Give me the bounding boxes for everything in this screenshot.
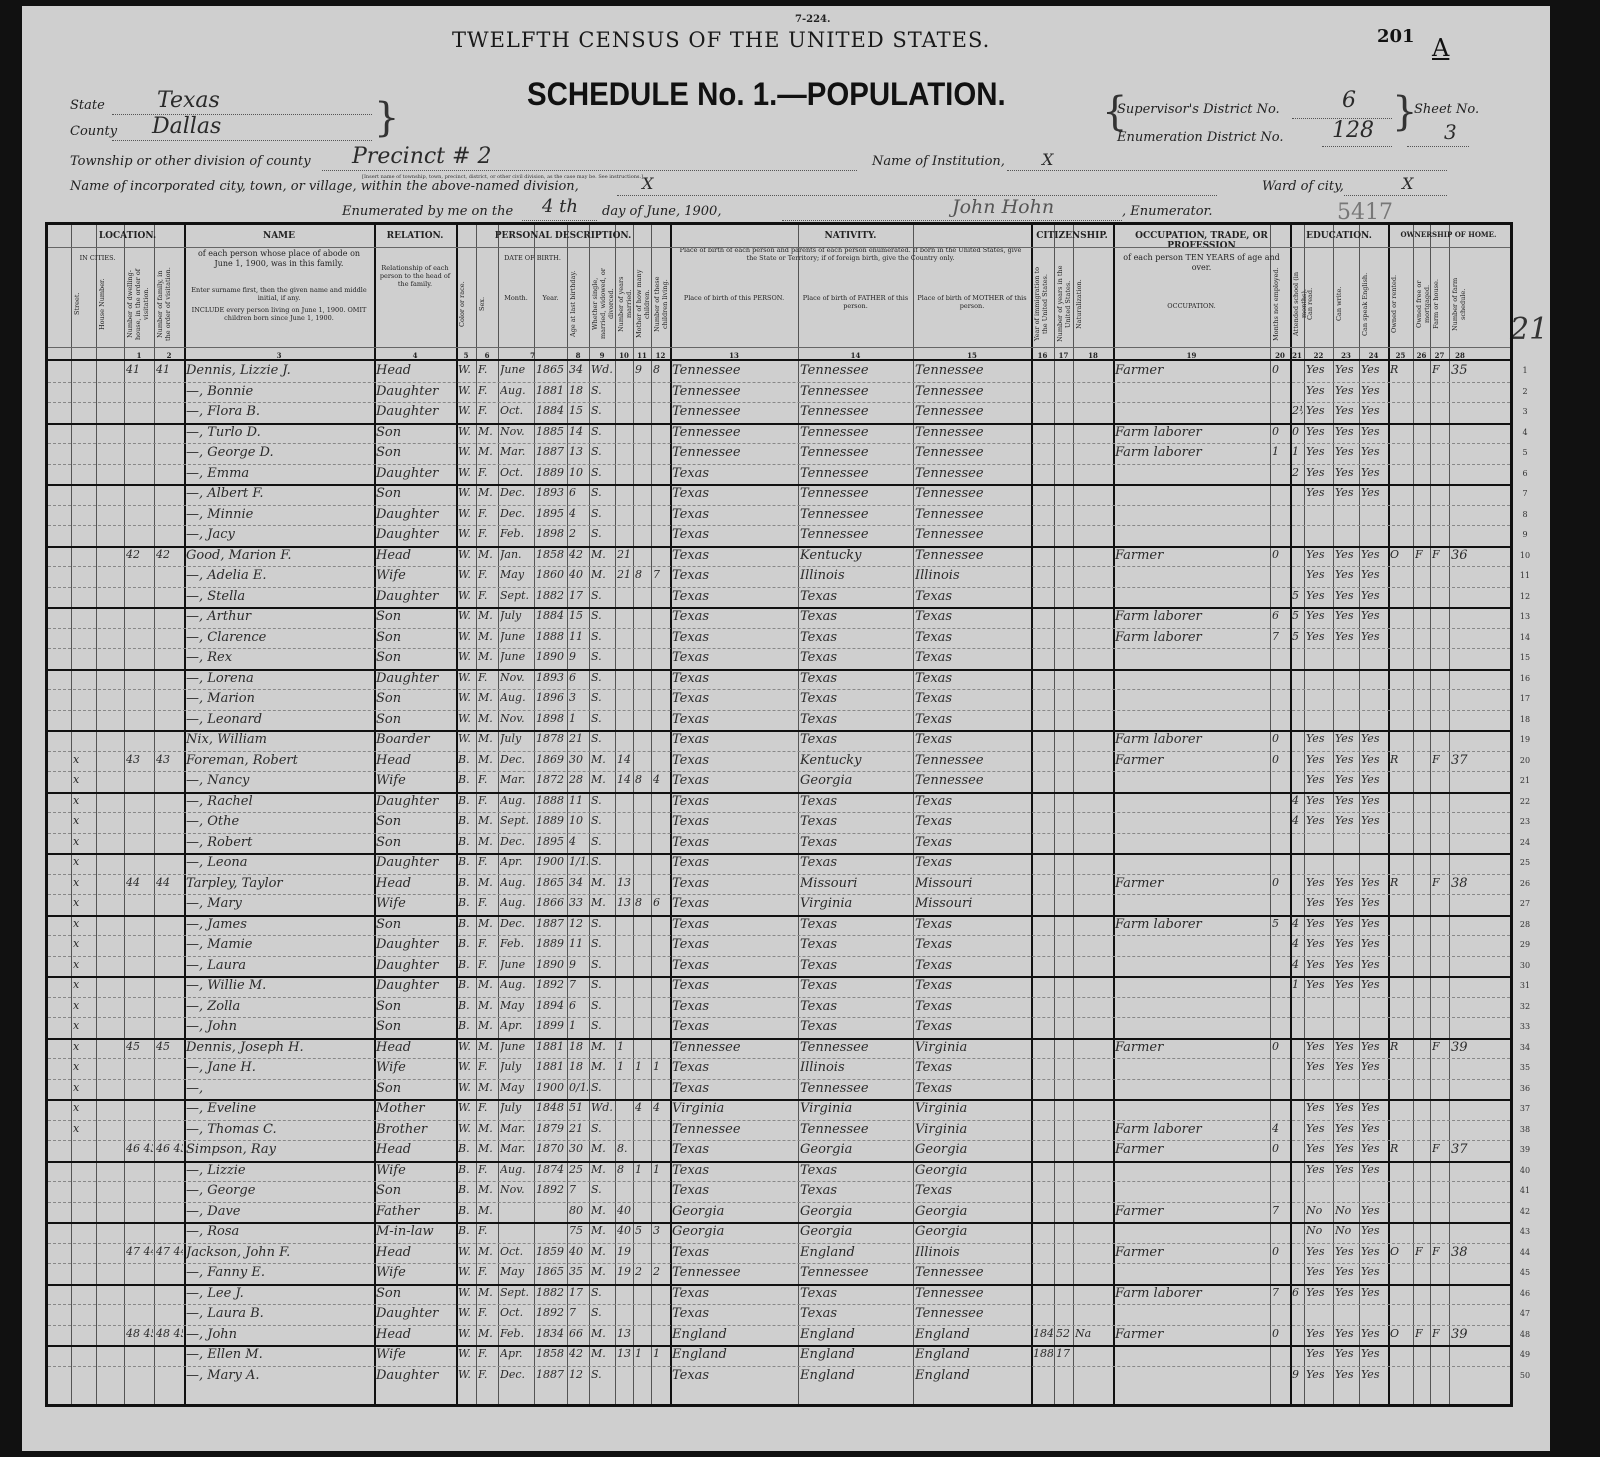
- cell-year: 1893: [536, 486, 566, 499]
- cell-bp: Texas: [672, 896, 797, 911]
- table-row: x—, OtheSonB.M.Sept.188910S.TexasTexasTe…: [48, 812, 1510, 833]
- row-number: 8: [1518, 510, 1532, 519]
- cell-mar: S.: [591, 978, 614, 991]
- cell-bf: Tennessee: [800, 1265, 912, 1280]
- cell-age: 30: [569, 1142, 588, 1155]
- column-number: 21: [1290, 351, 1304, 360]
- cell-mar: S.: [591, 630, 614, 643]
- row-number: 3: [1518, 407, 1532, 416]
- cell-bp: Tennessee: [672, 1122, 797, 1137]
- column-number: 13: [670, 351, 798, 360]
- cell-read: Yes: [1306, 1163, 1332, 1176]
- cell-age: 17: [569, 1286, 588, 1299]
- cell-mar: Wd.: [591, 363, 614, 376]
- cell-eng: Yes: [1361, 1142, 1387, 1155]
- cell-eng: Yes: [1361, 425, 1387, 438]
- table-row: Nix, WilliamBoarderW.M.July187821S.Texas…: [48, 730, 1510, 751]
- cell-name: Jackson, John F.: [186, 1245, 373, 1260]
- cell-name: —, Mamie: [186, 937, 373, 952]
- cell-bf: Kentucky: [800, 548, 912, 563]
- cell-unemp: 7: [1272, 1286, 1289, 1299]
- cell-color: W.: [458, 691, 475, 704]
- cell-unemp: 0: [1272, 1142, 1289, 1155]
- cell-age: 42: [569, 548, 588, 561]
- row-number: 31: [1518, 981, 1532, 990]
- cell-bp: Virginia: [672, 1101, 797, 1116]
- cell-sch: 2: [1292, 466, 1303, 479]
- table-row: x—, NancyWifeB.F.Mar.187228M.1484TexasGe…: [48, 771, 1510, 792]
- cell-x: x: [73, 1122, 95, 1135]
- cell-write: Yes: [1335, 1101, 1358, 1114]
- cell-mar: M.: [591, 1163, 614, 1176]
- cell-rel: Son: [376, 917, 455, 932]
- cell-bp: Georgia: [672, 1204, 797, 1219]
- cell-year: 1882: [536, 589, 566, 602]
- cell-bp: Texas: [672, 794, 797, 809]
- cell-color: W.: [458, 363, 475, 376]
- cell-bf: Tennessee: [800, 466, 912, 481]
- cell-ym: 21: [617, 548, 632, 561]
- cell-unemp: 0: [1272, 732, 1289, 745]
- column-number: 4: [374, 351, 456, 360]
- supervisor-value: 6: [1342, 88, 1356, 113]
- cell-age: 15: [569, 609, 588, 622]
- cell-age: 11: [569, 630, 588, 643]
- vheader-street: Street.: [73, 265, 94, 343]
- row-number: 16: [1518, 674, 1532, 683]
- cell-read: Yes: [1306, 466, 1332, 479]
- cell-mar: S.: [591, 384, 614, 397]
- cell-age: 75: [569, 1224, 588, 1237]
- cell-color: W.: [458, 609, 475, 622]
- cell-bm: Virginia: [915, 1101, 1030, 1116]
- cell-name: —, Minnie: [186, 507, 373, 522]
- cell-month: Aug.: [500, 978, 533, 991]
- cell-occ: Farmer: [1115, 1204, 1269, 1219]
- column-number: 1: [124, 351, 154, 360]
- cell-bm: Illinois: [915, 1245, 1030, 1260]
- cell-month: July: [500, 1060, 533, 1073]
- cell-mar: S.: [591, 712, 614, 725]
- cell-eng: Yes: [1361, 753, 1387, 766]
- cell-moc: 1: [635, 1347, 650, 1360]
- column-number: 6: [476, 351, 498, 360]
- cell-sex: M.: [478, 1142, 497, 1155]
- cell-eng: Yes: [1361, 1245, 1387, 1258]
- cell-write: Yes: [1335, 1245, 1358, 1258]
- cell-bm: Texas: [915, 1183, 1030, 1198]
- cell-month: Feb.: [500, 1327, 533, 1340]
- row-number: 13: [1518, 612, 1532, 621]
- cell-bm: Virginia: [915, 1122, 1030, 1137]
- cell-bp: England: [672, 1327, 797, 1342]
- enum-day: 4 th: [542, 196, 578, 217]
- cell-year: 1885: [536, 425, 566, 438]
- cell-x: x: [73, 753, 95, 766]
- cell-write: Yes: [1335, 404, 1358, 417]
- cell-age: 15: [569, 404, 588, 417]
- cell-occ: Farmer: [1115, 548, 1269, 563]
- cell-bp: Texas: [672, 1306, 797, 1321]
- cell-year: 1892: [536, 978, 566, 991]
- cell-bf: Missouri: [800, 876, 912, 891]
- header-ownership: OWNERSHIP OF HOME.: [1388, 231, 1509, 239]
- cell-sex: F.: [478, 1101, 497, 1114]
- cell-bm: Tennessee: [915, 384, 1030, 399]
- cell-bf: Texas: [800, 855, 912, 870]
- vheader-house: House Number.: [98, 265, 122, 343]
- cell-eng: Yes: [1361, 794, 1387, 807]
- cell-sex: M.: [478, 691, 497, 704]
- row-number: 7: [1518, 489, 1532, 498]
- ward-line: [1344, 195, 1447, 196]
- cell-bp: Texas: [672, 773, 797, 788]
- cell-sex: F.: [478, 1224, 497, 1237]
- cell-bf: Tennessee: [800, 527, 912, 542]
- cell-year: 1898: [536, 712, 566, 725]
- cell-age: 6: [569, 486, 588, 499]
- cell-rel: Daughter: [376, 1368, 455, 1383]
- cell-read: Yes: [1306, 1060, 1332, 1073]
- cell-name: —, Turlo D.: [186, 425, 373, 440]
- cell-month: June: [500, 1040, 533, 1053]
- cell-mar: Wd.: [591, 1101, 614, 1114]
- cell-sex: F.: [478, 855, 497, 868]
- cell-color: B.: [458, 835, 475, 848]
- cell-color: W.: [458, 1081, 475, 1094]
- cell-name: —, Robert: [186, 835, 373, 850]
- cell-month: July: [500, 1101, 533, 1114]
- cell-eng: Yes: [1361, 1327, 1387, 1340]
- cell-own: O: [1390, 548, 1412, 561]
- cell-year: 1889: [536, 466, 566, 479]
- header-year: Year.: [534, 295, 567, 303]
- table-row: x—, MaryWifeB.F.Aug.186633M.1386TexasVir…: [48, 894, 1510, 915]
- cell-month: June: [500, 650, 533, 663]
- cell-x: x: [73, 1040, 95, 1053]
- table-row: x—, RachelDaughterB.F.Aug.188811S.TexasT…: [48, 792, 1510, 813]
- cell-year: 1890: [536, 958, 566, 971]
- cell-read: Yes: [1306, 753, 1332, 766]
- cell-mar: M.: [591, 1327, 614, 1340]
- cell-rel: Son: [376, 1019, 455, 1034]
- table-row: —, EmmaDaughterW.F.Oct.188910S.TexasTenn…: [48, 464, 1510, 485]
- side-number: 21: [1510, 312, 1548, 347]
- cell-rel: Daughter: [376, 937, 455, 952]
- cell-name: —, Mary A.: [186, 1368, 373, 1383]
- cell-color: B.: [458, 1163, 475, 1176]
- cell-color: W.: [458, 466, 475, 479]
- table-row: —, Lee J.SonW.M.Sept.188217S.TexasTexasT…: [48, 1284, 1510, 1305]
- cell-name: Foreman, Robert: [186, 753, 373, 768]
- institution-label: Name of Institution,: [872, 154, 1005, 169]
- cell-age: 17: [569, 589, 588, 602]
- cell-bm: Illinois: [915, 568, 1030, 583]
- cell-read: Yes: [1306, 978, 1332, 991]
- cell-mar: S.: [591, 507, 614, 520]
- cell-fs: 37: [1451, 1142, 1478, 1157]
- cell-sex: M.: [478, 650, 497, 663]
- cell-year: 1884: [536, 404, 566, 417]
- cell-mar: S.: [591, 486, 614, 499]
- cell-dw: 44: [126, 876, 153, 889]
- cell-mar: S.: [591, 650, 614, 663]
- row-number: 18: [1518, 715, 1532, 724]
- cell-color: W.: [458, 507, 475, 520]
- cell-color: B.: [458, 1183, 475, 1196]
- cell-read: Yes: [1306, 1122, 1332, 1135]
- column-number: 22: [1304, 351, 1333, 360]
- cell-bf: Texas: [800, 937, 912, 952]
- cell-own: R: [1390, 1040, 1412, 1053]
- vheader-write: Can write.: [1335, 265, 1357, 343]
- cell-year: 1900: [536, 1081, 566, 1094]
- row-number: 32: [1518, 1002, 1532, 1011]
- cell-x: x: [73, 773, 95, 786]
- cell-bp: Texas: [672, 814, 797, 829]
- column-number: 15: [913, 351, 1031, 360]
- cell-read: Yes: [1306, 958, 1332, 971]
- cell-name: —, James: [186, 917, 373, 932]
- table-row: —, Turlo D.SonW.M.Nov.188514S.TennesseeT…: [48, 423, 1510, 444]
- cell-dw: 43: [126, 753, 153, 766]
- cell-year: 1895: [536, 507, 566, 520]
- table-row: x4343Foreman, RobertHeadB.M.Dec.186930M.…: [48, 751, 1510, 772]
- cell-occ: Farmer: [1115, 1142, 1269, 1157]
- cell-write: Yes: [1335, 978, 1358, 991]
- cell-year: 1859: [536, 1245, 566, 1258]
- vheader-years-us: Number of years in the United States.: [1056, 265, 1071, 343]
- cell-bf: Illinois: [800, 1060, 912, 1075]
- cell-bf: Texas: [800, 671, 912, 686]
- cell-age: 14: [569, 425, 588, 438]
- cell-bp: Texas: [672, 1245, 797, 1260]
- cell-sch: 5: [1292, 609, 1303, 622]
- cell-mar: M.: [591, 876, 614, 889]
- cell-year: 1887: [536, 917, 566, 930]
- cell-year: 1870: [536, 1142, 566, 1155]
- column-number: 23: [1333, 351, 1359, 360]
- row-number: 40: [1518, 1166, 1532, 1175]
- cell-rel: Head: [376, 548, 455, 563]
- row-number: 9: [1518, 530, 1532, 539]
- cell-month: Mar.: [500, 773, 533, 786]
- row-number: 47: [1518, 1309, 1532, 1318]
- cell-sex: M.: [478, 917, 497, 930]
- cell-color: W.: [458, 1122, 475, 1135]
- supervisor-label: Supervisor's District No.: [1117, 102, 1280, 117]
- cell-bm: Texas: [915, 978, 1030, 993]
- cell-mar: S.: [591, 732, 614, 745]
- cell-write: Yes: [1335, 1040, 1358, 1053]
- row-number: 49: [1518, 1350, 1532, 1359]
- cell-bf: Tennessee: [800, 507, 912, 522]
- cell-age: 80: [569, 1204, 588, 1217]
- column-number: 14: [798, 351, 913, 360]
- cell-read: Yes: [1306, 896, 1332, 909]
- cell-age: 7: [569, 1183, 588, 1196]
- cell-eng: Yes: [1361, 1286, 1387, 1299]
- cell-read: Yes: [1306, 630, 1332, 643]
- cell-bm: Texas: [915, 1081, 1030, 1096]
- cell-color: W.: [458, 732, 475, 745]
- cell-month: Mar.: [500, 1122, 533, 1135]
- cell-age: 1/12: [569, 855, 588, 868]
- table-row: —, JacyDaughterW.F.Feb.18982S.TexasTenne…: [48, 525, 1510, 546]
- cell-name: Tarpley, Taylor: [186, 876, 373, 891]
- cell-mar: S.: [591, 794, 614, 807]
- cell-write: Yes: [1335, 466, 1358, 479]
- cell-unemp: 5: [1272, 917, 1289, 930]
- sheet-label: Sheet No.: [1414, 102, 1479, 117]
- vheader-sex: Sex.: [478, 265, 496, 343]
- cell-bf: Texas: [800, 712, 912, 727]
- cell-bm: England: [915, 1327, 1030, 1342]
- cell-mar: S.: [591, 404, 614, 417]
- cell-rel: Son: [376, 1286, 455, 1301]
- cell-bp: Texas: [672, 1060, 797, 1075]
- cell-name: —, Emma: [186, 466, 373, 481]
- cell-name: —, Clarence: [186, 630, 373, 645]
- table-row: x—, LauraDaughterB.F.June18909S.TexasTex…: [48, 956, 1510, 977]
- cell-mar: S.: [591, 1122, 614, 1135]
- cell-color: B.: [458, 896, 475, 909]
- cell-write: Yes: [1335, 609, 1358, 622]
- cell-bp: Texas: [672, 937, 797, 952]
- cell-name: —, George: [186, 1183, 373, 1198]
- cell-bf: Georgia: [800, 1204, 912, 1219]
- cell-rel: Daughter: [376, 978, 455, 993]
- cell-read: Yes: [1306, 1245, 1332, 1258]
- cell-color: W.: [458, 1245, 475, 1258]
- cell-bf: Tennessee: [800, 1040, 912, 1055]
- cell-name: —, Rosa: [186, 1224, 373, 1239]
- cell-sex: F.: [478, 363, 497, 376]
- cell-year: 1872: [536, 773, 566, 786]
- row-number: 6: [1518, 469, 1532, 478]
- cell-name: —, John: [186, 1019, 373, 1034]
- cell-year: 1884: [536, 609, 566, 622]
- cell-sex: F.: [478, 773, 497, 786]
- cell-mar: S.: [591, 671, 614, 684]
- cell-month: Mar.: [500, 445, 533, 458]
- cell-bp: Texas: [672, 671, 797, 686]
- cell-age: 34: [569, 876, 588, 889]
- cell-month: Apr.: [500, 855, 533, 868]
- row-number: 4: [1518, 428, 1532, 437]
- cell-cl: 2: [653, 1265, 669, 1278]
- cell-name: —, Adelia E.: [186, 568, 373, 583]
- header-nativity-desc: Place of birth of each person and parent…: [678, 247, 1023, 263]
- cell-bp: Texas: [672, 1163, 797, 1178]
- cell-month: Dec.: [500, 917, 533, 930]
- column-number: 24: [1359, 351, 1388, 360]
- cell-bf: Texas: [800, 1306, 912, 1321]
- table-row: —, George D.SonW.M.Mar.188713S.Tennessee…: [48, 443, 1510, 464]
- cell-unemp: 0: [1272, 753, 1289, 766]
- row-number: 30: [1518, 961, 1532, 970]
- cell-occ: Farmer: [1115, 876, 1269, 891]
- cell-write: No: [1335, 1204, 1358, 1217]
- cell-rel: Son: [376, 835, 455, 850]
- cell-bm: Georgia: [915, 1142, 1030, 1157]
- cell-read: Yes: [1306, 773, 1332, 786]
- row-number: 41: [1518, 1186, 1532, 1195]
- row-number: 10: [1518, 551, 1532, 560]
- cell-bf: Tennessee: [800, 363, 912, 378]
- cell-rel: Son: [376, 609, 455, 624]
- cell-write: Yes: [1335, 548, 1358, 561]
- cell-bp: Texas: [672, 568, 797, 583]
- cell-sch: 5: [1292, 630, 1303, 643]
- cell-year: 1896: [536, 691, 566, 704]
- cell-moc: 9: [635, 363, 650, 376]
- cell-occ: Farmer: [1115, 363, 1269, 378]
- cell-name: —, Lizzie: [186, 1163, 373, 1178]
- cell-sch: 2½: [1292, 404, 1303, 417]
- column-number: 12: [651, 351, 670, 360]
- column-number: 19: [1113, 351, 1270, 360]
- cell-own: R: [1390, 1142, 1412, 1155]
- table-row: —, RexSonW.M.June18909S.TexasTexasTexas: [48, 648, 1510, 669]
- state-line: [112, 114, 372, 115]
- cell-ym: 13: [617, 1327, 632, 1340]
- census-title: TWELFTH CENSUS OF THE UNITED STATES.: [452, 28, 990, 52]
- cell-sch: 1: [1292, 978, 1303, 991]
- cell-color: W.: [458, 1101, 475, 1114]
- cell-sex: F.: [478, 1060, 497, 1073]
- cell-year: 1899: [536, 1019, 566, 1032]
- cell-bf: Texas: [800, 650, 912, 665]
- cell-age: 6: [569, 999, 588, 1012]
- cell-sex: M.: [478, 1019, 497, 1032]
- cell-bf: Texas: [800, 609, 912, 624]
- cell-eng: Yes: [1361, 1368, 1387, 1381]
- cell-sex: F.: [478, 568, 497, 581]
- cell-month: May: [500, 1265, 533, 1278]
- row-number: 15: [1518, 653, 1532, 662]
- cell-unemp: 0: [1272, 363, 1289, 376]
- cell-name: —, Marion: [186, 691, 373, 706]
- cell-bp: Tennessee: [672, 445, 797, 460]
- cell-sex: M.: [478, 1122, 497, 1135]
- enumerator-label: , Enumerator.: [1122, 204, 1212, 219]
- vheader-school: Attended school (in months).: [1292, 265, 1302, 343]
- cell-moc: 2: [635, 1265, 650, 1278]
- cell-ym: 1: [617, 1040, 632, 1053]
- cell-ym: 13: [617, 896, 632, 909]
- header-occupation-sub: OCCUPATION.: [1113, 303, 1270, 311]
- row-number: 27: [1518, 899, 1532, 908]
- column-number: 25: [1388, 351, 1413, 360]
- cell-eng: Yes: [1361, 1224, 1387, 1237]
- cell-sex: M.: [478, 978, 497, 991]
- row-number: 24: [1518, 838, 1532, 847]
- cell-occ: Farm laborer: [1115, 445, 1269, 460]
- cell-age: 4: [569, 835, 588, 848]
- cell-sex: M.: [478, 732, 497, 745]
- cell-occ: Farmer: [1115, 753, 1269, 768]
- cell-age: 66: [569, 1327, 588, 1340]
- vheader-dwelling: Number of dwelling-house, in the order o…: [126, 265, 152, 343]
- row-number: 37: [1518, 1104, 1532, 1113]
- table-row: x—, LeonaDaughterB.F.Apr.19001/12S.Texas…: [48, 853, 1510, 874]
- cell-ym: 1: [617, 1060, 632, 1073]
- cell-write: Yes: [1335, 958, 1358, 971]
- cell-sex: M.: [478, 1081, 497, 1094]
- cell-fh: F: [1432, 1142, 1448, 1155]
- cell-name: Dennis, Joseph H.: [186, 1040, 373, 1055]
